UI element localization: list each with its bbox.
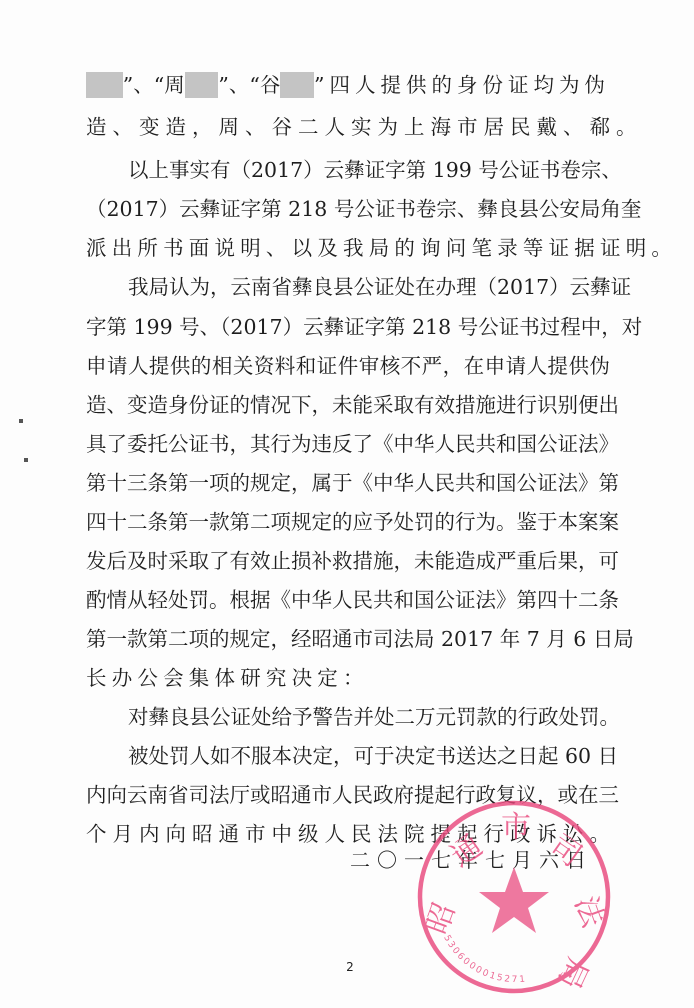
text-line-6: 我局认为，云南省彝良县公证处在办理（2017）云彝证 — [128, 272, 610, 302]
text-line-3: 以上事实有（2017）云彝证字第 199 号公证书卷宗、 — [128, 155, 610, 185]
svg-text:司: 司 — [543, 828, 588, 874]
text-line-8: 申请人提供的相关资料和证件审核不严，在申请人提供伪 — [86, 351, 610, 381]
redacted-block — [185, 72, 219, 98]
text-line-1: ”、“周 ”、“谷 ”四人提供的身份证均为伪 — [86, 70, 610, 100]
scan-speck — [24, 458, 28, 462]
svg-text:5306000015271: 5306000015271 — [441, 934, 527, 985]
redacted-block — [86, 72, 123, 98]
text-segment: 、郗 — [563, 112, 616, 142]
text-segment: ”、“周 — [123, 70, 185, 100]
text-line-7: 字第 199 号、（2017）云彝证字第 218 号公证书过程中，对 — [86, 312, 610, 342]
svg-text:市: 市 — [501, 810, 531, 845]
text-line-5: 派出所书面说明、以及我局的询问笔录等证据证明。 — [86, 233, 610, 263]
text-line-15: 第一款第二项的规定，经昭通市司法局 2017 年 7 月 6 日局 — [86, 624, 610, 654]
text-line-11: 第十三条第一项的规定，属于《中华人民共和国公证法》第 — [86, 468, 610, 498]
scan-speck — [19, 419, 23, 423]
text-line-13: 发后及时采取了有效止损补救措施，未能造成严重后果，可 — [86, 546, 610, 576]
text-line-12: 四十二条第一款第二项规定的应予处罚的行为。鉴于本案案 — [86, 507, 610, 537]
text-line-18: 被处罚人如不服本决定，可于决定书送达之日起 60 日 — [128, 741, 610, 771]
text-line-14: 酌情从轻处罚。根据《中华人民共和国公证法》第四十二条 — [86, 585, 610, 615]
text-line-4: （2017）云彝证字第 218 号公证书卷宗、彝良县公安局角奎 — [86, 194, 610, 224]
official-seal-icon: 昭 通 市 司 法 局 5306000015271 — [414, 797, 614, 997]
text-line-16: 长办公会集体研究决定： — [86, 663, 610, 693]
text-segment: 造、变造，周、谷二人实为上海市居民戴 — [86, 112, 563, 142]
text-segment: 。 — [616, 112, 637, 142]
text-line-9: 造、变造身份证的情况下，未能采取有效措施进行识别便出 — [86, 390, 610, 420]
text-segment: ”四人提供的身份证均为伪 — [314, 70, 610, 100]
redacted-block — [280, 72, 314, 98]
text-line-10: 具了委托公证书，其行为违反了《中华人民共和国公证法》 — [86, 429, 610, 459]
svg-text:通: 通 — [444, 828, 489, 874]
decision-line: 对彝良县公证处给予警告并处二万元罚款的行政处罚。 — [128, 702, 610, 732]
page-number: 2 — [340, 960, 360, 974]
text-line-2: 造、变造，周、谷二人实为上海市居民戴 、郗 。 — [86, 112, 586, 142]
text-segment: ”、“谷 — [218, 70, 280, 100]
document-page: ”、“周 ”、“谷 ”四人提供的身份证均为伪 造、变造，周、谷二人实为上海市居民… — [0, 0, 694, 1008]
